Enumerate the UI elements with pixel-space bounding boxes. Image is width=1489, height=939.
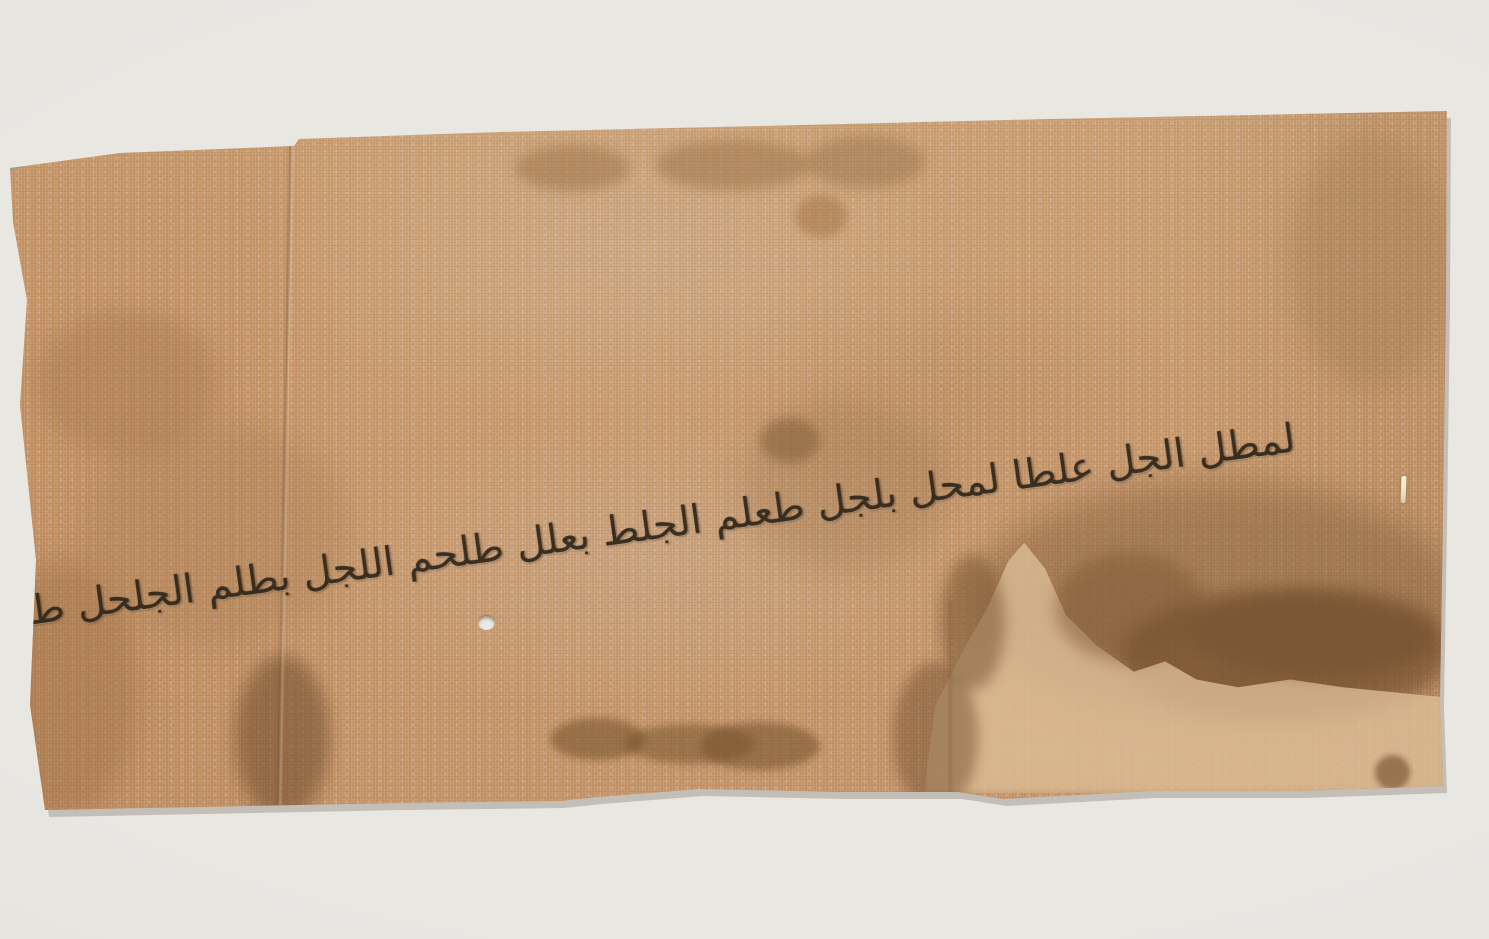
stain-top-far-right — [1290, 130, 1450, 390]
stain-center-spot — [760, 418, 820, 463]
inscription-main-glyphs: لمطل الجل علطا لمحل بلجل طعلم الجلط بعلل… — [0, 415, 1298, 638]
corner-thread — [2, 162, 19, 173]
stain-left-upper — [35, 310, 220, 455]
stain-small-spot — [795, 195, 847, 237]
faint-crease — [948, 600, 953, 795]
stain-bottom-blotch-3 — [700, 722, 820, 770]
stain-ridge-right — [1190, 590, 1440, 675]
vertical-crease — [275, 136, 295, 812]
stain-bottom-blotch-2 — [625, 724, 755, 764]
stain-top-right-blotch — [805, 136, 925, 188]
stain-top-middle-blotch — [655, 140, 810, 190]
photo-backdrop: لمطل الجل علطا لمحل بلجل طعلم الجلط بعلل… — [0, 0, 1489, 939]
fabric-hole — [478, 616, 495, 630]
textile-fragment: لمطل الجل علطا لمحل بلجل طعلم الجلط بعلل… — [0, 0, 1489, 939]
pale-water-stain — [925, 535, 1447, 793]
stain-top-left-blotch — [515, 145, 630, 191]
kufic-inscription-band: لمطل الجل علطا لمحل بلجل طعلم الجلط بعلل… — [132, 408, 1300, 630]
fabric-slit — [1401, 476, 1407, 503]
stain-bottom-blotch-1 — [550, 718, 645, 760]
